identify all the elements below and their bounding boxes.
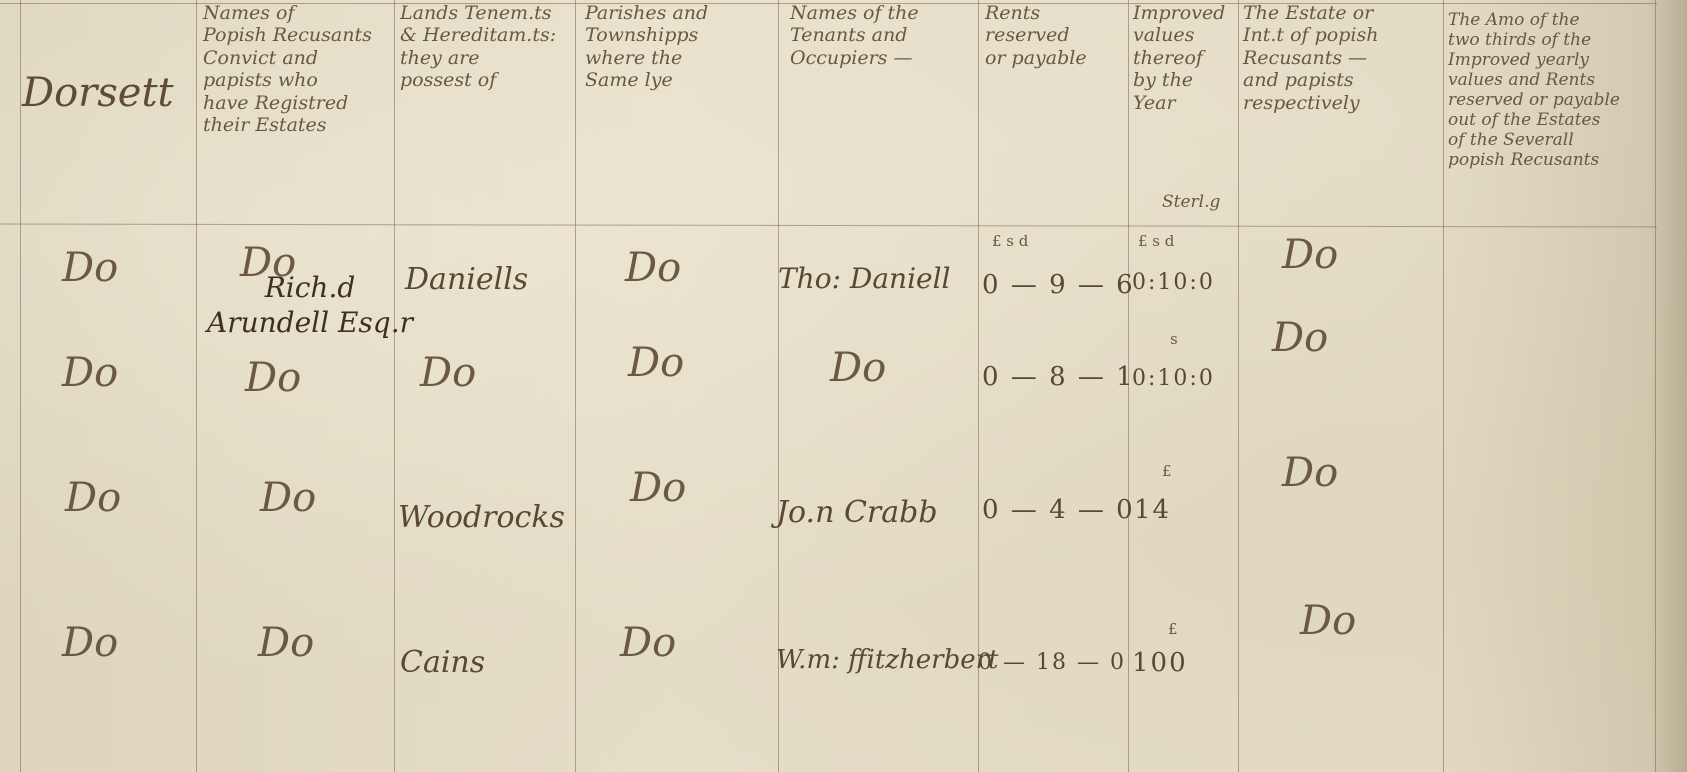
county-cell: Do — [62, 245, 118, 292]
estate-cell: Do — [1300, 598, 1356, 645]
header-recusant-names: Names of Popish Recusants Convict and pa… — [203, 2, 393, 136]
rent-cell: 0 — 18 — 0 — [978, 650, 1126, 676]
header-lands: Lands Tenem.ts & Hereditam.ts: they are … — [400, 2, 575, 92]
header-rents: Rents reserved or payable — [985, 2, 1125, 69]
recusant-name-cell: Do — [260, 475, 316, 522]
tenant-cell: W.m: ffitzherbert — [776, 645, 998, 676]
improved-units: £ s d — [1138, 232, 1174, 250]
rent-units: £ s d — [992, 232, 1028, 250]
column-rule — [394, 0, 395, 772]
tenant-cell: Jo.n Crabb — [776, 495, 938, 530]
rent-cell: 0 — 4 — 0 — [982, 495, 1135, 526]
county-cell: Do — [62, 620, 118, 667]
county-cell: Do — [65, 475, 121, 522]
header-estate-interest: The Estate or Int.t of popish Recusants … — [1243, 2, 1443, 114]
county-cell: Do — [62, 350, 118, 397]
improved-units: s — [1170, 330, 1178, 348]
improved-value-cell: 14 — [1134, 495, 1171, 526]
estate-cell: Do — [1272, 315, 1328, 362]
lands-cell: Woodrocks — [398, 500, 565, 535]
parish-cell: Do — [620, 620, 676, 667]
parish-cell: Do — [630, 465, 686, 512]
parish-cell: Do — [625, 245, 681, 292]
lands-cell: Daniells — [405, 262, 528, 297]
page-gutter-shadow — [1647, 0, 1687, 772]
improved-units: £ — [1168, 620, 1178, 638]
improved-value-cell: 0:10:0 — [1132, 270, 1215, 296]
column-rule — [196, 0, 197, 772]
rent-cell: 0 — 9 — 6 — [982, 270, 1135, 301]
improved-value-cell: 100 — [1132, 648, 1188, 679]
tenant-cell: Tho: Daniell — [778, 262, 951, 295]
column-rule — [575, 0, 576, 772]
estate-cell: Do — [1282, 450, 1338, 497]
column-rule — [20, 0, 21, 772]
recusant-name-cell: Do — [245, 355, 301, 402]
improved-units: £ — [1162, 462, 1172, 480]
recusant-name-insert: Rich.d Arundell Esq.r — [190, 270, 430, 340]
estate-cell: Do — [1282, 232, 1338, 279]
recusant-name-cell: Do — [258, 620, 314, 667]
parish-cell: Do — [628, 340, 684, 387]
county-heading: Dorsett — [22, 70, 174, 117]
header-parishes: Parishes and Townshipps where the Same l… — [585, 2, 775, 92]
header-improved-sterling: Sterl.g — [1162, 192, 1220, 212]
header-two-thirds: The Amo of the two thirds of the Improve… — [1448, 10, 1653, 170]
column-rule — [1238, 0, 1239, 772]
tenant-cell: Do — [830, 345, 886, 392]
improved-value-cell: 0:10:0 — [1132, 366, 1215, 392]
ledger-page: Dorsett Names of Popish Recusants Convic… — [0, 0, 1687, 772]
column-rule — [1443, 0, 1444, 772]
header-tenants: Names of the Tenants and Occupiers — — [790, 2, 975, 69]
rent-cell: 0 — 8 — 1 — [982, 362, 1135, 393]
lands-cell: Do — [420, 350, 476, 397]
lands-cell: Cains — [400, 645, 485, 680]
header-rule — [0, 224, 1657, 228]
header-improved-values: Improved values thereof by the Year — [1133, 2, 1238, 114]
